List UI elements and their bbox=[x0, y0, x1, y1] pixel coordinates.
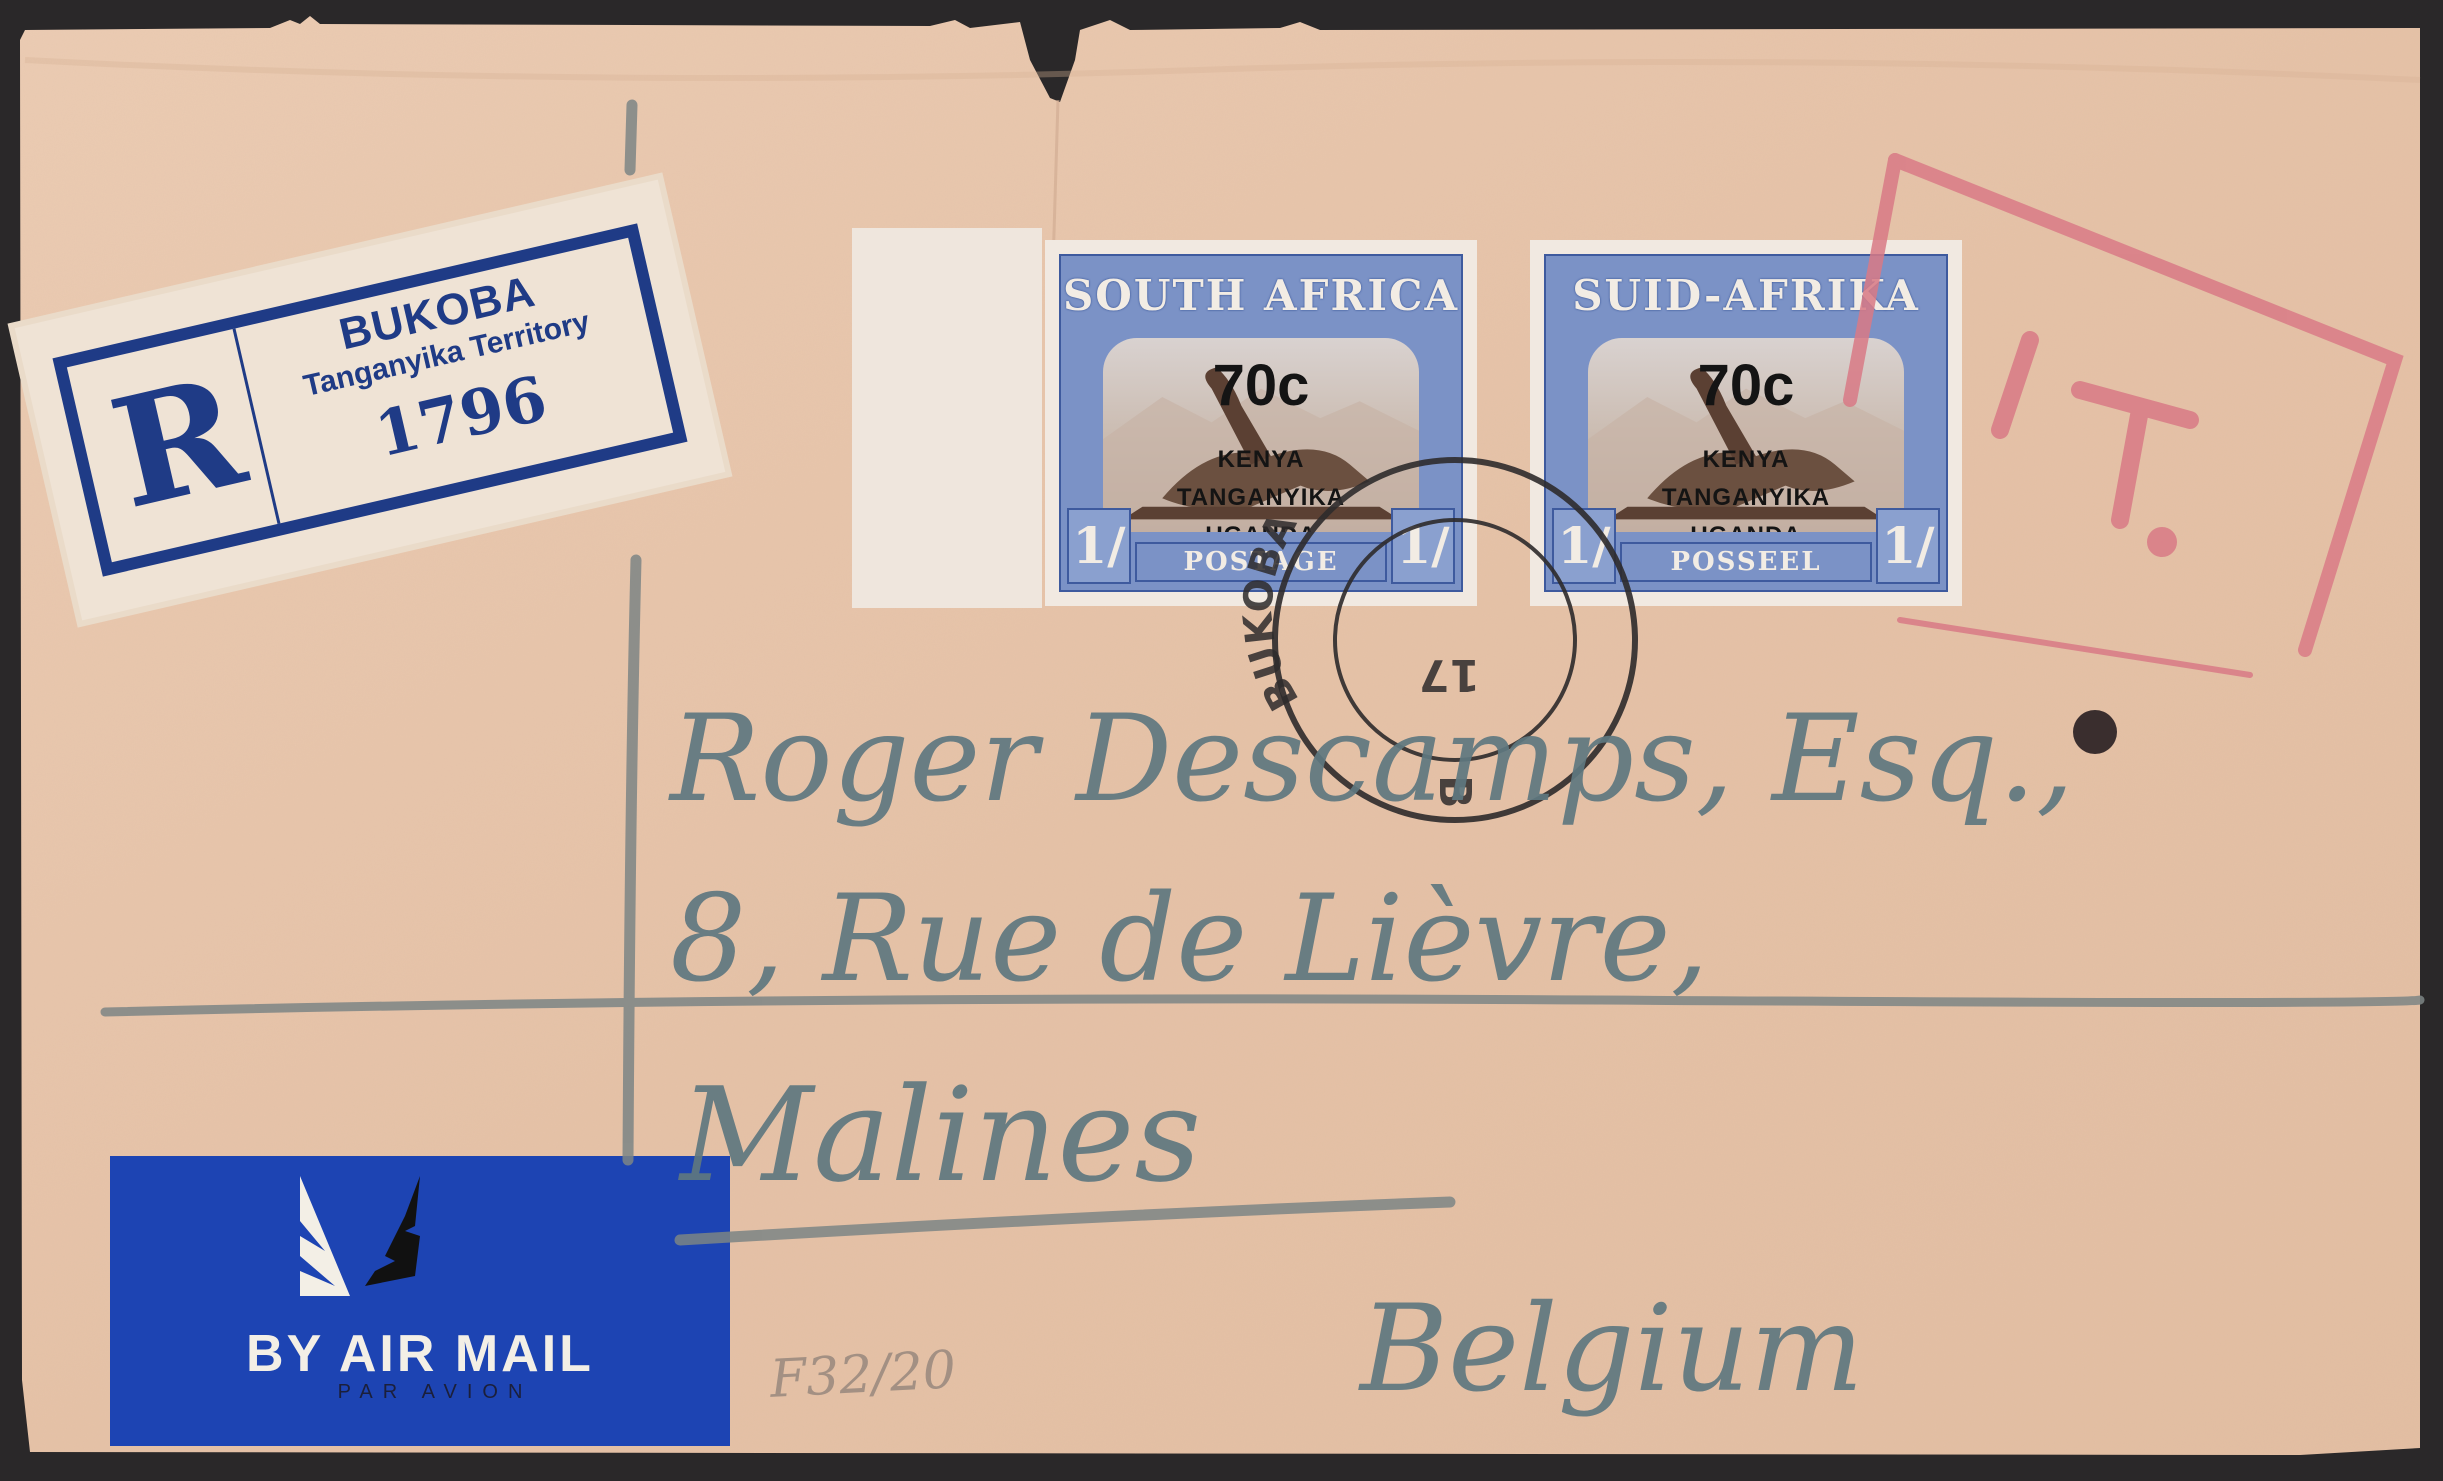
surcharge-value: 70c bbox=[1103, 352, 1419, 419]
sheet-margin-selvedge bbox=[852, 228, 1042, 608]
stamp-denomination-right: 1/ bbox=[1391, 508, 1455, 584]
stamp-frame: SOUTH AFRICA 70c KENYA TANGANYIKA UGANDA… bbox=[1059, 254, 1463, 592]
overprint-uganda: UGANDA bbox=[1103, 522, 1419, 532]
stamp-vignette: 70c KENYA TANGANYIKA UGANDA bbox=[1103, 338, 1419, 532]
registration-letter: R bbox=[95, 346, 260, 541]
postal-cover-photo: R BUKOBA Tanganyika Territory 1796 SOUTH… bbox=[0, 0, 2443, 1481]
stamp-bottom-panel: 1/ POSSEEL 1/ bbox=[1546, 532, 1946, 590]
stamp-bottom-word: POSTAGE bbox=[1135, 542, 1387, 582]
overprint-uganda: UGANDA bbox=[1588, 522, 1904, 532]
stamp-bottom-word: POSSEEL bbox=[1620, 542, 1872, 582]
airmail-title: BY AIR MAIL bbox=[110, 1324, 730, 1384]
airmail-label: BY AIR MAIL PAR AVION bbox=[110, 1156, 730, 1446]
stamp-denomination-left: 1/ bbox=[1552, 508, 1616, 584]
surcharge-value: 70c bbox=[1588, 352, 1904, 419]
stamp-denomination-right: 1/ bbox=[1876, 508, 1940, 584]
stamp-suid-afrika: SUID-AFRIKA 70c KENYA TANGANYIKA UGANDA … bbox=[1530, 240, 1962, 606]
overprint-kenya: KENYA bbox=[1588, 446, 1904, 474]
stamp-denomination-left: 1/ bbox=[1067, 508, 1131, 584]
stamp-bottom-panel: 1/ POSTAGE 1/ bbox=[1061, 532, 1461, 590]
overprint-tanganyika: TANGANYIKA bbox=[1588, 484, 1904, 512]
airmail-subtitle: PAR AVION bbox=[110, 1381, 730, 1404]
overprint-kenya: KENYA bbox=[1103, 446, 1419, 474]
stamp-country-name: SOUTH AFRICA bbox=[1061, 256, 1461, 346]
stamp-country-name: SUID-AFRIKA bbox=[1546, 256, 1946, 346]
wings-icon bbox=[280, 1176, 440, 1316]
pencil-note: F32/20 bbox=[769, 1340, 958, 1410]
stamp-frame: SUID-AFRIKA 70c KENYA TANGANYIKA UGANDA … bbox=[1544, 254, 1948, 592]
stamp-vignette: 70c KENYA TANGANYIKA UGANDA bbox=[1588, 338, 1904, 532]
stamp-south-africa: SOUTH AFRICA 70c KENYA TANGANYIKA UGANDA… bbox=[1045, 240, 1477, 606]
overprint-tanganyika: TANGANYIKA bbox=[1103, 484, 1419, 512]
